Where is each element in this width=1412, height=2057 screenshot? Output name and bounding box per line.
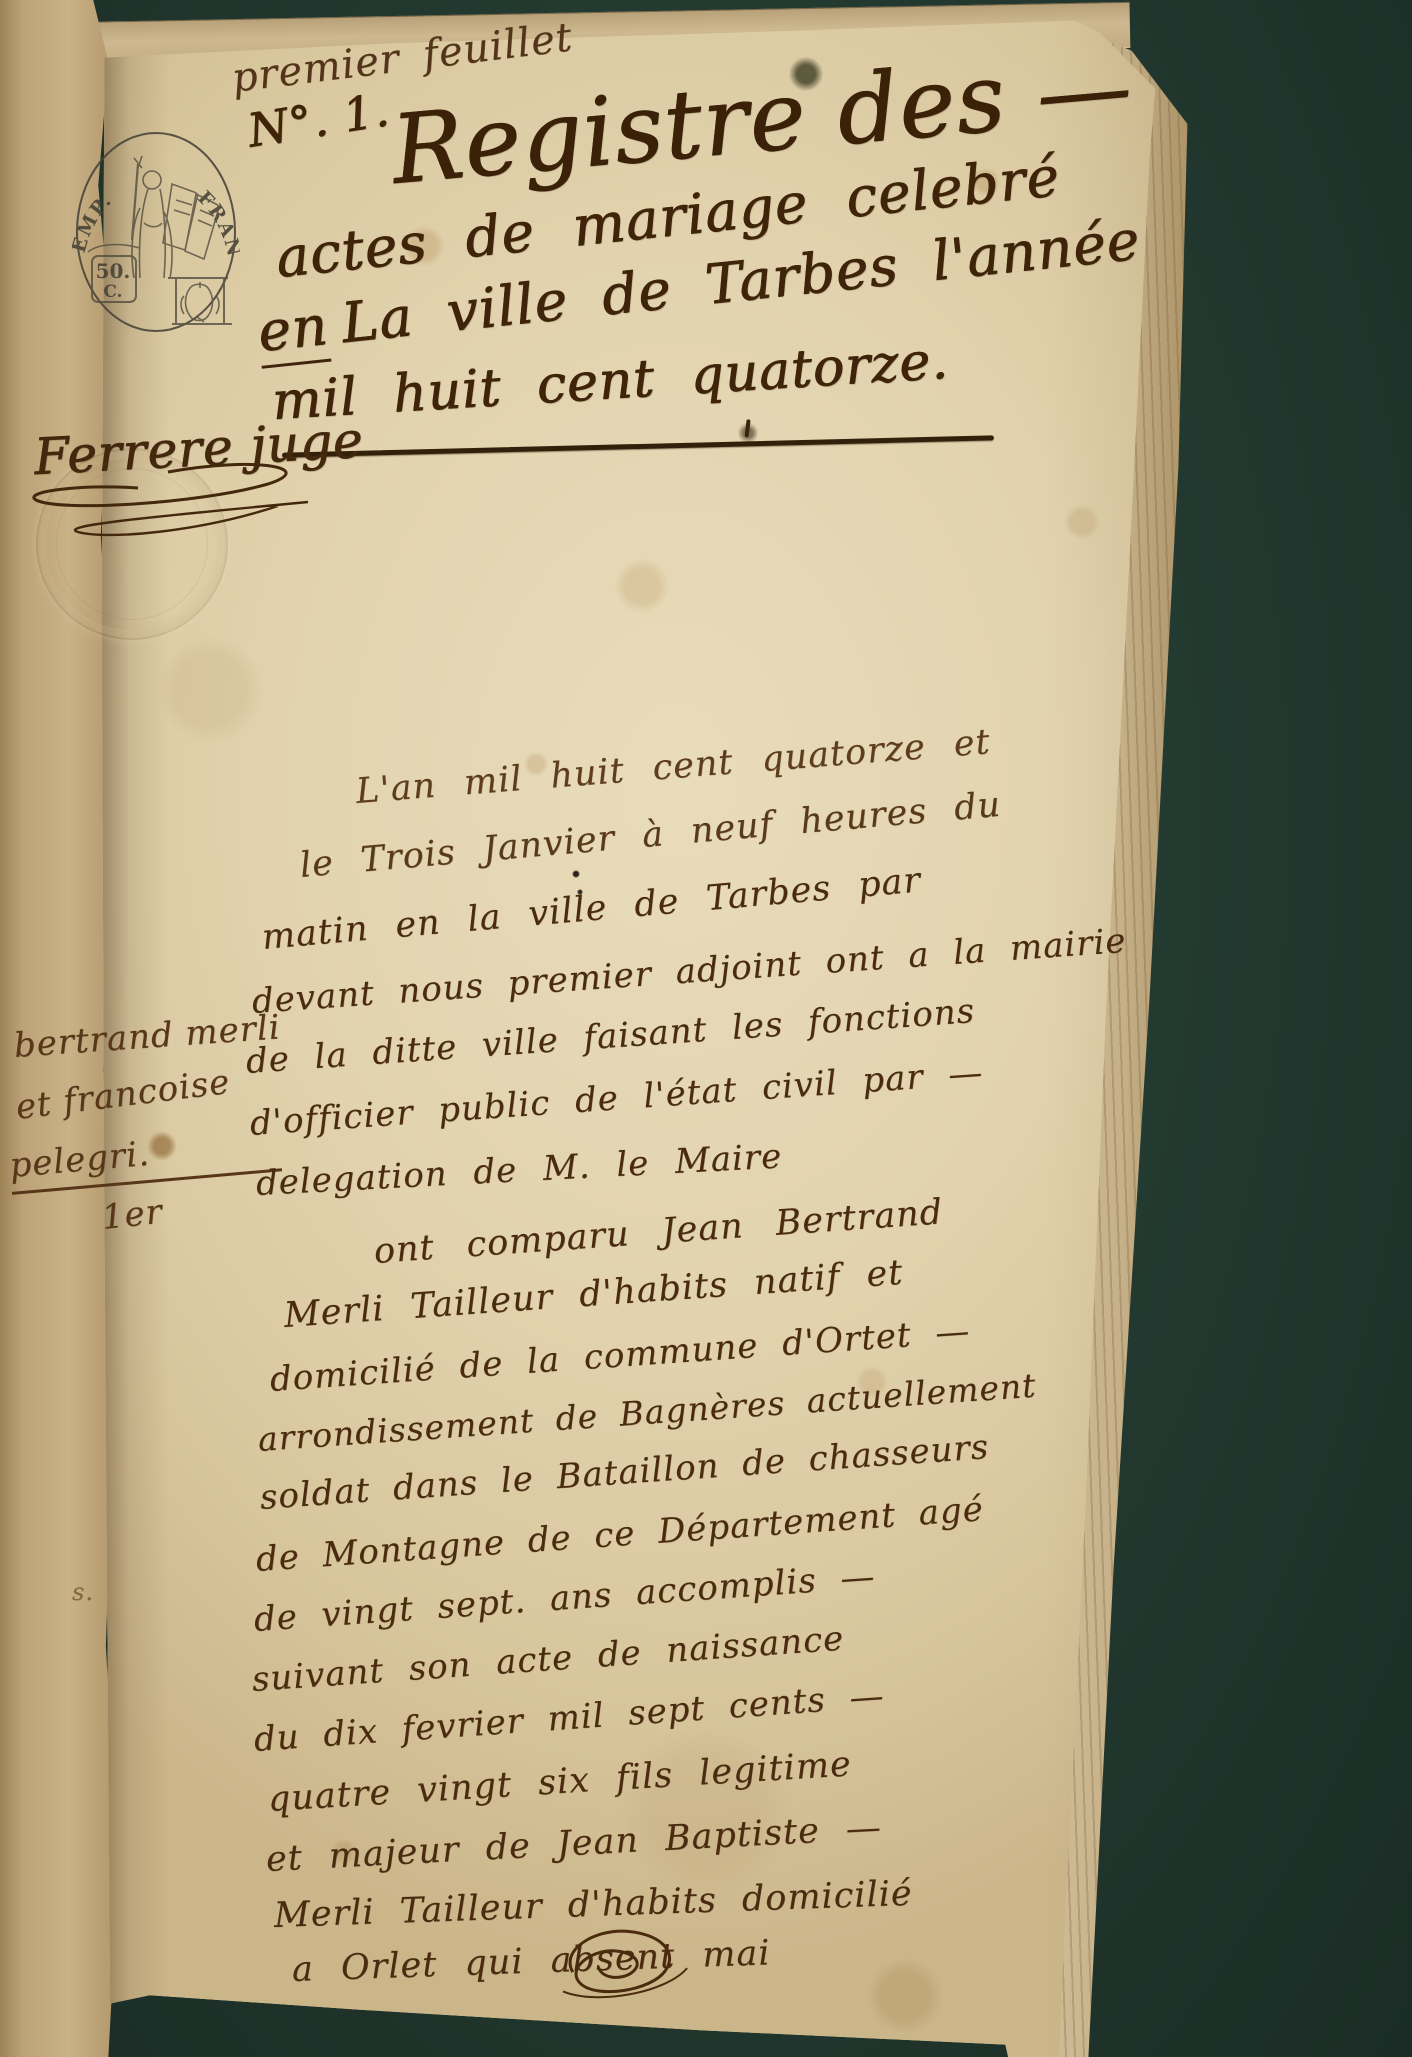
stamp-value-bottom: C. (103, 282, 122, 302)
empire-francais-revenue-stamp: EMP. FRAN. 50. C. (72, 128, 240, 336)
margin-small-mark: s. (72, 1578, 94, 1606)
stamp-value-top: 50. (96, 259, 131, 283)
judge-signature-flourish (18, 462, 338, 552)
register-title-line-3-prefix: en (255, 293, 332, 369)
photo-background: EMP. FRAN. 50. C. (0, 0, 1412, 2057)
paraph-flourish (547, 1910, 697, 2016)
margin-act-index: 1er (100, 1192, 165, 1238)
